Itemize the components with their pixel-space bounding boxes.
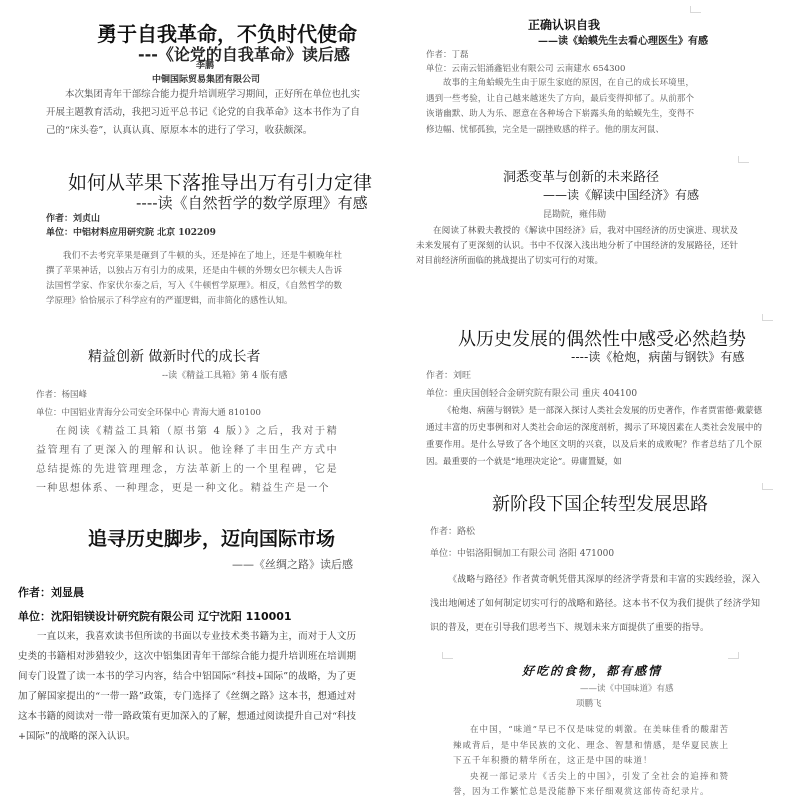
essay-card-gravity: 如何从苹果下落推导出万有引力定律 ----读《自然哲学的数学原理》有感 作者：刘… (0, 150, 400, 300)
essay-subtitle: ——读《解读中国经济》有感 (543, 186, 699, 203)
page-corner-mark (690, 6, 701, 13)
essay-title: 正确认识自我 (528, 16, 600, 33)
essay-card-guns-germs-steel: 从历史发展的偶然性中感受必然趋势 ----读《枪炮，病菌与钢铁》有感 作者：刘旺… (400, 300, 799, 480)
page-corner-mark (762, 314, 773, 321)
page-corner-mark (738, 156, 749, 163)
essay-author: 作者：刘贞山 (46, 211, 100, 224)
essay-author: 作者：路松 (430, 524, 475, 537)
essay-unit: 中铜国际贸易集团有限公司 (152, 72, 260, 85)
essay-paragraph: 《战略与路径》作者黄奇帆凭借其深厚的经济学背景和丰富的实践经验，深入浅出地阐述了… (430, 568, 760, 640)
essay-subtitle: ---《论党的自我革命》读后感 (138, 42, 350, 65)
essay-unit: 单位：中铝材料应用研究院 北京 102209 (46, 225, 216, 238)
essay-author: 李鹏 (196, 58, 214, 71)
essay-title: 如何从苹果下落推导出万有引力定律 (68, 168, 372, 195)
essay-card-china-economy: 洞悉变革与创新的未来路径 ——读《解读中国经济》有感 昆勘院，雍伟勋 在阅读了林… (400, 150, 799, 300)
essay-body: 在中国，“味道”早已不仅是味觉的刺激。在美味佳肴的酸甜苦辣咸背后，是中华民族的文… (453, 723, 729, 801)
essay-unit: 单位：沈阳铝镁设计研究院有限公司 辽宁沈阳 110001 (18, 608, 292, 624)
essay-paragraph: 本次集团青年干部综合能力提升培训班学习期间，正好所在单位也扎实开展主题教育活动，… (46, 86, 360, 140)
essay-body: 在阅读了林毅夫教授的《解读中国经济》后，我对中国经济的历史演进、现状及未来发展有… (416, 224, 738, 269)
essay-subtitle: ----读《枪炮，病菌与钢铁》有感 (571, 348, 744, 365)
essay-subtitle: --读《精益工具箱》第 4 版有感 (162, 368, 288, 381)
essay-card-silk-road: 追寻历史脚步，迈向国际市场 ——《丝绸之路》读后感 作者：刘显晨 单位：沈阳铝镁… (0, 500, 400, 807)
essay-unit: 单位：云南云铝涌鑫铝业有限公司 云南建水 654300 (426, 62, 625, 74)
essay-card-soe-transformation: 新阶段下国企转型发展思路 作者：路松 单位：中铝洛阳铜加工有限公司 洛阳 471… (400, 480, 799, 650)
essay-title: 洞悉变革与创新的未来路径 (503, 166, 659, 185)
essay-paragraph: 在阅读《精益工具箱（原书第 4 版）》之后，我对于精益管理有了更深入的理解和认识… (36, 422, 338, 498)
essay-author: 昆勘院，雍伟勋 (543, 207, 606, 220)
essay-card-lean-toolbox: 精益创新 做新时代的成长者 --读《精益工具箱》第 4 版有感 作者：杨国峰 单… (0, 330, 400, 500)
essay-author: 作者：丁磊 (426, 48, 469, 60)
essay-title: 追寻历史脚步，迈向国际市场 (88, 524, 335, 551)
essay-body: 《枪炮、病菌与钢铁》是一部深入探讨人类社会发展的历史著作，作者贾雷德·戴蒙德通过… (426, 403, 762, 471)
essay-title: 好吃的食物，都有感情 (522, 662, 662, 679)
essay-unit: 单位：中铝洛阳铜加工有限公司 洛阳 471000 (430, 546, 614, 559)
essay-author: 作者：刘旺 (426, 368, 471, 381)
essay-paragraph: 故事的主角蛤蟆先生由于原生家庭的原因，在自己的成长环境里，遇到一些考验，让自己越… (426, 76, 694, 138)
essay-paragraph: 在阅读了林毅夫教授的《解读中国经济》后，我对中国经济的历史演进、现状及未来发展有… (416, 224, 738, 269)
essay-body: 故事的主角蛤蟆先生由于原生家庭的原因，在自己的成长环境里，遇到一些考验，让自己越… (426, 76, 694, 138)
page-corner-mark (728, 652, 739, 659)
essay-card-flavor-of-china: 好吃的食物，都有感情 ——读《中国味道》有感 项鹏飞 在中国，“味道”早已不仅是… (400, 650, 799, 807)
page-corner-mark (442, 652, 453, 659)
page-corner-mark (762, 483, 773, 490)
essay-body: 在阅读《精益工具箱（原书第 4 版）》之后，我对于精益管理有了更深入的理解和认识… (36, 422, 338, 498)
essay-unit: 单位：中国铝业青海分公司安全环保中心 青海大通 810100 (36, 406, 261, 418)
essay-body: 一直以来，我喜欢读书但所读的书面以专业技术类书籍为主，而对于人文历史类的书籍相对… (18, 627, 356, 747)
essay-title: 新阶段下国企转型发展思路 (492, 490, 708, 516)
essay-paragraph: 在中国，“味道”早已不仅是味觉的刺激。在美味佳肴的酸甜苦辣咸背后，是中华民族的文… (453, 723, 729, 770)
essay-body: 《战略与路径》作者黄奇帆凭借其深厚的经济学背景和丰富的实践经验，深入浅出地阐述了… (430, 568, 760, 640)
essay-paragraph: 央视一部记录片《舌尖上的中国》，引发了全社会的追捧和赞誉，因为工作繁忙总是没能静… (453, 770, 729, 801)
essay-author: 作者：杨国峰 (36, 388, 87, 400)
essay-unit: 单位：重庆国创轻合金研究院有限公司 重庆 404100 (426, 386, 637, 399)
essay-paragraph: 一直以来，我喜欢读书但所读的书面以专业技术类书籍为主，而对于人文历史类的书籍相对… (18, 627, 356, 747)
essay-subtitle: ——《丝绸之路》读后感 (232, 556, 353, 572)
essay-card-self-revolution: 勇于自我革命，不负时代使命 ---《论党的自我革命》读后感 李鹏 中铜国际贸易集… (0, 0, 400, 150)
essay-title: 精益创新 做新时代的成长者 (88, 346, 260, 366)
essay-subtitle: ——读《蛤蟆先生去看心理医生》有感 (538, 32, 708, 47)
essay-body: 我们不去考究苹果是砸到了牛顿的头，还是掉在了地上，还是牛顿晚年杜撰了苹果神话，以… (46, 249, 342, 309)
essay-author: 作者：刘显晨 (18, 584, 84, 600)
essay-author: 项鹏飞 (576, 697, 602, 709)
essay-paragraph: 我们不去考究苹果是砸到了牛顿的头，还是掉在了地上，还是牛顿晚年杜撰了苹果神话，以… (46, 249, 342, 309)
essay-subtitle: ----读《自然哲学的数学原理》有感 (136, 192, 368, 213)
essay-body: 本次集团青年干部综合能力提升培训班学习期间，正好所在单位也扎实开展主题教育活动，… (46, 86, 360, 140)
essay-paragraph: 《枪炮、病菌与钢铁》是一部深入探讨人类社会发展的历史著作，作者贾雷德·戴蒙德通过… (426, 403, 762, 471)
essay-subtitle: ——读《中国味道》有感 (580, 682, 674, 694)
essay-card-know-yourself: 正确认识自我 ——读《蛤蟆先生去看心理医生》有感 作者：丁磊 单位：云南云铝涌鑫… (400, 0, 799, 150)
